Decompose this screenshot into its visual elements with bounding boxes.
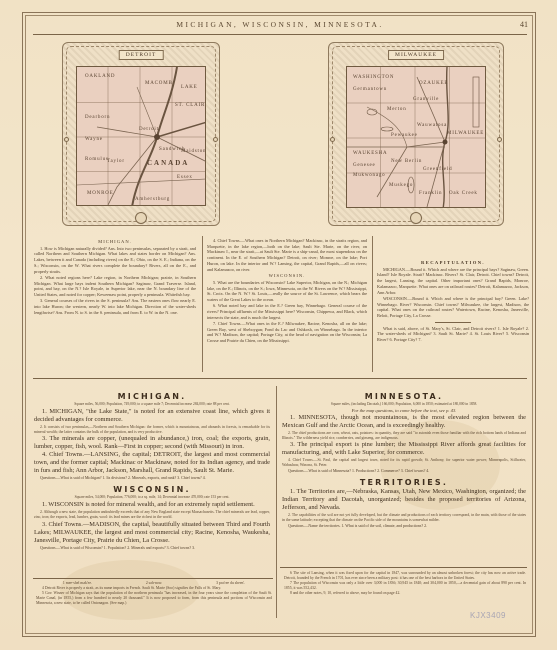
map-label: OZAUKEE bbox=[419, 81, 448, 86]
medallion-ornament bbox=[410, 212, 422, 224]
section-questions: Questions.—Name the territories. 1. What… bbox=[282, 524, 526, 529]
column-divider bbox=[276, 386, 277, 618]
text-paragraph: 1. The Territories are,—Nebraska, Kansas… bbox=[282, 488, 526, 512]
footnote: 3 pra'ree du sheen'. bbox=[216, 581, 245, 585]
text-paragraph: 1. MINNESOTA, though not mountainous, is… bbox=[282, 414, 526, 430]
recap-questions-column: RECAPITULATION. MICHIGAN.—Bound it. Whic… bbox=[377, 238, 529, 343]
map-label: Germantown bbox=[353, 87, 387, 92]
question-paragraph: 2. What noted regions here? Lake region,… bbox=[34, 275, 196, 298]
detroit-map: OAKLAND MACOMB LAKE ST. CLAIR CANADA MON… bbox=[76, 66, 206, 206]
statistics-line: Square miles, 54,000; Population, 776,00… bbox=[34, 495, 270, 500]
footnote: 7 The population of Wisconsin was only a… bbox=[284, 581, 526, 591]
map-label: Wayne bbox=[85, 137, 103, 142]
text-paragraph: 1. MICHIGAN, "the Lake State," is noted … bbox=[34, 408, 270, 424]
map-label: Dearborn bbox=[85, 115, 110, 120]
section-questions: Questions.—What is said of Minnesota? 1.… bbox=[282, 469, 526, 474]
text-paragraph: 3. Chief Towns.—MADISON, the capital, be… bbox=[34, 521, 270, 545]
map-label: Detroit bbox=[139, 127, 159, 132]
map-label: Franklin bbox=[419, 191, 442, 196]
header-rule bbox=[33, 34, 527, 35]
map-label: Taylor bbox=[107, 159, 125, 164]
map-title: MILWAUKEE bbox=[388, 50, 444, 60]
short-rule bbox=[435, 322, 471, 323]
book-page: MICHIGAN, WISCONSIN, MINNESOTA. 41 DETRO… bbox=[0, 0, 557, 650]
medallion-ornament bbox=[135, 212, 147, 224]
detroit-map-plate: DETROIT OAKLAND MACOMB LAKE ST. CLAIR CA… bbox=[62, 42, 220, 226]
map-label: Romulus bbox=[85, 157, 109, 162]
map-label: Granville bbox=[413, 97, 439, 102]
running-head: MICHIGAN, WISCONSIN, MINNESOTA. 41 bbox=[30, 18, 530, 32]
map-label: Pewaukee bbox=[391, 133, 418, 138]
recap-questions: What is said, above, of St. Mary's, St. … bbox=[377, 326, 529, 343]
recap-paragraph: MICHIGAN.—Bound it. Which and where are … bbox=[377, 267, 529, 296]
footnote: 1 mee-shel mak'ee. bbox=[63, 581, 92, 585]
text-paragraph: 3. The principal export is pine lumber; … bbox=[282, 441, 526, 457]
inventory-stamp: KJX3409 bbox=[470, 611, 506, 620]
page-number: 41 bbox=[520, 20, 528, 29]
milwaukee-map: WASHINGTON OZAUKEE WAUKESHA MILWAUKEE Ge… bbox=[346, 66, 486, 208]
map-label: Essex bbox=[177, 175, 193, 180]
statistics-line: Square miles, (including Dacotah,) 166,0… bbox=[282, 402, 526, 407]
footnote-rule bbox=[33, 578, 273, 579]
section-title: WISCONSIN. bbox=[34, 485, 270, 494]
michigan-questions-column: MICHIGAN. 1. How is Michigan naturally d… bbox=[34, 238, 196, 316]
question-paragraph: 7. Chief Towns.—What ones in the E.? Mil… bbox=[207, 321, 367, 344]
text-paragraph: 2. The capabilities of the soil are not … bbox=[282, 513, 526, 523]
map-label: MILWAUKEE bbox=[447, 131, 484, 136]
border-bead-ornament bbox=[213, 137, 218, 142]
section-questions: Questions.—What is said of Michigan? 1. … bbox=[34, 476, 270, 481]
text-paragraph: 1. WISCONSIN is noted for mineral wealth… bbox=[34, 501, 270, 509]
footnotes-right: 6 The site of Lansing, when it was fixed… bbox=[284, 571, 526, 596]
border-bead-ornament bbox=[330, 137, 335, 142]
question-paragraph: 3. General courses of the rivers in the … bbox=[34, 298, 196, 315]
text-paragraph: 2. The chief productions are corn, wheat… bbox=[282, 431, 526, 441]
text-paragraph: 3. The minerals are copper, (unequaled i… bbox=[34, 435, 270, 451]
question-paragraph: 5. What are the boundaries of Wisconsin?… bbox=[207, 280, 367, 303]
minnesota-section: MINNESOTA. Square miles, (including Daco… bbox=[282, 392, 526, 532]
map-title: DETROIT bbox=[119, 50, 164, 60]
map-label: Amherstburg bbox=[135, 197, 170, 202]
question-paragraph: 6. What noted bay and lake in the E.? Gr… bbox=[207, 303, 367, 320]
map-label: ST. CLAIR bbox=[175, 103, 205, 108]
running-title: MICHIGAN, WISCONSIN, MINNESOTA. bbox=[30, 20, 530, 29]
map-label: Greenfield bbox=[423, 167, 452, 172]
text-paragraph: 2. It consists of two peninsulas,—Northe… bbox=[34, 425, 270, 435]
pronunciation-notes: 1 mee-shel mak'ee. 2 sah-now. 3 pra'ree … bbox=[36, 581, 272, 585]
section-heading: MICHIGAN. bbox=[34, 239, 196, 245]
section-title: MINNESOTA. bbox=[282, 392, 526, 401]
map-label: Merton bbox=[387, 107, 407, 112]
border-bead-ornament bbox=[64, 137, 69, 142]
text-paragraph: 4. Chief Towns.—St. Paul, the capital an… bbox=[282, 458, 526, 468]
map-label: Oak Creek bbox=[449, 191, 478, 196]
map-label: New Berlin bbox=[391, 159, 422, 164]
middle-questions-column: 4. Chief Towns.—What ones in Northern Mi… bbox=[207, 238, 367, 344]
footnote: 6 The site of Lansing, when it was fixed… bbox=[284, 571, 526, 581]
text-paragraph: 2. Although a new state, the population … bbox=[34, 510, 270, 520]
map-label: Maidstone bbox=[181, 149, 206, 154]
border-bead-ornament bbox=[497, 137, 502, 142]
map-label: Wauwatosa bbox=[417, 123, 447, 128]
text-paragraph: 4. Chief Towns.—LANSING, the capital; DE… bbox=[34, 451, 270, 475]
map-label: WAUKESHA bbox=[353, 151, 387, 156]
section-title: MICHIGAN. bbox=[34, 392, 270, 401]
map-label: Genesee bbox=[353, 163, 376, 168]
milwaukee-map-plate: MILWAUKEE WASHINGTON OZAUKEE WAUKESHA MI… bbox=[328, 42, 504, 226]
recap-paragraph: WISCONSIN.—Bound it. Which and where is … bbox=[377, 296, 529, 319]
map-label: OAKLAND bbox=[85, 74, 115, 79]
section-title: TERRITORIES. bbox=[282, 478, 526, 487]
section-rule bbox=[33, 378, 527, 379]
map-label: Mukwonago bbox=[353, 173, 385, 178]
map-questions-note: For the map questions, to come before th… bbox=[282, 408, 526, 413]
map-label: WASHINGTON bbox=[353, 75, 394, 80]
map-label: Muskego bbox=[389, 183, 413, 188]
section-questions: Questions.—What is said of Wisconsin? 1.… bbox=[34, 546, 270, 551]
map-label: MONROE bbox=[87, 191, 113, 196]
footnotes-left: 1 mee-shel mak'ee. 2 sah-now. 3 pra'ree … bbox=[36, 581, 272, 606]
question-paragraph: 4. Chief Towns.—What ones in Northern Mi… bbox=[207, 238, 367, 272]
map-label: CANADA bbox=[147, 159, 189, 167]
statistics-line: Square miles, 56,000; Population, 749,00… bbox=[34, 402, 270, 407]
column-divider bbox=[372, 236, 373, 372]
section-heading: RECAPITULATION. bbox=[377, 260, 529, 266]
michigan-section: MICHIGAN. Square miles, 56,000; Populati… bbox=[34, 392, 270, 554]
column-divider bbox=[202, 236, 203, 372]
map-label: MACOMB bbox=[145, 81, 173, 86]
footnote: 2 sah-now. bbox=[146, 581, 162, 585]
footnote: 5 Gov. Wisner of Michigan says that the … bbox=[36, 591, 272, 606]
section-heading: WISCONSIN. bbox=[207, 273, 367, 279]
map-label: LAKE bbox=[181, 85, 198, 90]
footnote-rule bbox=[280, 567, 527, 568]
question-paragraph: 1. How is Michigan naturally divided? An… bbox=[34, 246, 196, 275]
footnote: 8 and the other notes, 9, 10, referred t… bbox=[284, 591, 526, 596]
